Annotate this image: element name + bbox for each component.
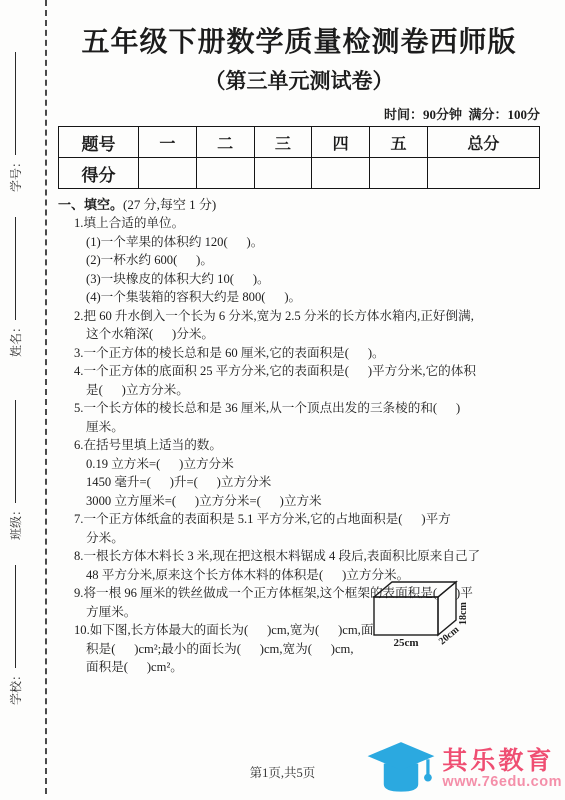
score-table-column-header: 四 (312, 127, 370, 158)
score-row-label: 得分 (59, 158, 139, 189)
sidebar-field-school: 学校： (6, 565, 24, 705)
cuboid-front-face (374, 597, 438, 635)
student-id-blank-line (15, 52, 16, 155)
score-cell (139, 158, 197, 189)
name-label: 姓名： (7, 321, 24, 357)
question-6-line-2: 0.19 立方米=( )立方分米 (86, 455, 540, 474)
score-cell (196, 158, 254, 189)
question-3-line-1: 3.一个正方体的棱长总和是 60 厘米,它的表面积是( )。 (74, 344, 540, 363)
binding-dashed-line (45, 0, 47, 794)
logo-text-block: 其乐教育 www.76edu.com (442, 748, 562, 790)
school-blank-line (15, 565, 16, 668)
cuboid-depth-label: 20cm (437, 624, 462, 647)
section-one-title: 一、填空。 (58, 197, 123, 212)
question-6-line-1: 6.在括号里填上适当的数。 (74, 436, 540, 455)
section-one-points: (27 分,每空 1 分) (123, 197, 216, 212)
question-7: 7.一个正方体纸盒的表面积是 5.1 平方分米,它的占地面积是( )平方分米。 (74, 510, 540, 547)
score-cell (427, 158, 539, 189)
score-table-column-header: 三 (254, 127, 312, 158)
cuboid-drawing: 25cm 20cm 18cm (370, 577, 470, 649)
question-8: 8.一根长方体木料长 3 米,现在把这根木料锯成 4 段后,表面积比原来自己了4… (74, 547, 540, 584)
score-table-corner-label: 题号 (59, 127, 139, 158)
question-5-line-1: 5.一个长方体的棱长总和是 36 厘米,从一个顶点出发的三条棱的和( ) (74, 399, 540, 418)
student-id-label: 学号： (7, 156, 24, 192)
logo-website-url: www.76edu.com (442, 774, 562, 790)
score-table-column-header: 总分 (427, 127, 539, 158)
page-title: 五年级下册数学质量检测卷西师版 (58, 20, 540, 60)
graduation-cap-icon (365, 741, 437, 797)
question-1-line-2: (1)一个苹果的体积约 120( )。 (86, 233, 540, 252)
question-6-line-4: 3000 立方厘米=( )立方分米=( )立方米 (86, 492, 540, 511)
question-9-line-1: 9.将一根 96 厘米的铁丝做成一个正方体框架,这个框架的表面积是( )平 (74, 584, 540, 603)
question-4-line-1: 4.一个正方体的底面积 25 平方分米,它的表面积是( )平方分米,它的体积 (74, 362, 540, 381)
class-blank-line (15, 400, 16, 503)
question-1-line-5: (4)一个集装箱的容积大约是 800( )。 (86, 288, 540, 307)
question-1: 1.填上合适的单位。(1)一个苹果的体积约 120( )。(2)一杯水约 600… (74, 214, 540, 307)
question-7-line-2: 分米。 (86, 529, 540, 548)
class-label: 班级： (7, 504, 24, 540)
sidebar-field-class: 班级： (6, 400, 24, 540)
question-6-line-3: 1450 毫升=( )升=( )立方分米 (86, 473, 540, 492)
section-one-heading: 一、填空。(27 分,每空 1 分) (58, 194, 540, 213)
question-2-line-2: 这个水箱深( )分米。 (86, 325, 540, 344)
question-10: 10.如下图,长方体最大的面长为( )cm,宽为( )cm,面积是( )cm²;… (74, 621, 540, 677)
question-3: 3.一个正方体的棱长总和是 60 厘米,它的表面积是( )。 (74, 344, 540, 363)
score-table-column-header: 二 (196, 127, 254, 158)
question-1-line-4: (3)一块橡皮的体积大约 10( )。 (86, 270, 540, 289)
question-5: 5.一个长方体的棱长总和是 36 厘米,从一个顶点出发的三条棱的和( )厘米。 (74, 399, 540, 436)
question-8-line-1: 8.一根长方体木料长 3 米,现在把这根木料锯成 4 段后,表面积比原来自己了 (74, 547, 540, 566)
question-4-line-2: 是( )立方分米。 (86, 381, 540, 400)
score-table-column-header: 一 (139, 127, 197, 158)
score-table-column-header: 五 (370, 127, 428, 158)
question-5-line-2: 厘米。 (86, 418, 540, 437)
score-cell (370, 158, 428, 189)
cuboid-figure: 25cm 20cm 18cm (370, 577, 470, 654)
question-10-line-3: 面积是( )cm²。 (86, 658, 540, 677)
question-8-line-2: 48 平方分米,原来这个长方体木料的体积是( )立方分米。 (86, 566, 540, 585)
question-9-line-2: 方厘米。 (86, 603, 540, 622)
score-table-header-row: 题号一二三四五总分 (59, 127, 540, 158)
question-4: 4.一个正方体的底面积 25 平方分米,它的表面积是( )平方分米,它的体积是(… (74, 362, 540, 399)
score-table: 题号一二三四五总分得分 (58, 126, 540, 189)
score-cell (312, 158, 370, 189)
name-blank-line (15, 217, 16, 320)
question-2-line-1: 2.把 60 升水倒入一个长为 6 分米,宽为 2.5 分米的长方体水箱内,正好… (74, 307, 540, 326)
question-6: 6.在括号里填上适当的数。0.19 立方米=( )立方分米1450 毫升=( )… (74, 436, 540, 510)
question-2: 2.把 60 升水倒入一个长为 6 分米,宽为 2.5 分米的长方体水箱内,正好… (74, 307, 540, 344)
question-1-line-3: (2)一杯水约 600( )。 (86, 251, 540, 270)
score-cell (254, 158, 312, 189)
page-subtitle: （第三单元测试卷） (58, 65, 540, 95)
cuboid-length-label: 25cm (393, 637, 418, 649)
cuboid-top-face (374, 582, 456, 597)
question-10-line-2: 积是( )cm²;最小的面长为( )cm,宽为( )cm, (86, 640, 540, 659)
question-1-line-1: 1.填上合适的单位。 (74, 214, 540, 233)
score-table-score-row: 得分 (59, 158, 540, 189)
school-label: 学校： (7, 669, 24, 705)
question-10-line-1: 10.如下图,长方体最大的面长为( )cm,宽为( )cm,面 (74, 621, 540, 640)
time-fullscore-info: 时间：90分钟 满分：100分 (58, 104, 540, 123)
sidebar-field-name: 姓名： (6, 217, 24, 357)
sidebar-field-student-id: 学号： (6, 52, 24, 192)
cuboid-height-label: 18cm (458, 602, 469, 625)
exam-paper-page: 学号： 姓名： 班级： 学校： 五年级下册数学质量检测卷西师版 （第三单元测试卷… (0, 0, 565, 800)
publisher-logo: 其乐教育 www.76edu.com (365, 741, 562, 797)
question-9: 9.将一根 96 厘米的铁丝做成一个正方体框架,这个框架的表面积是( )平方厘米… (74, 584, 540, 621)
question-7-line-1: 7.一个正方体纸盒的表面积是 5.1 平方分米,它的占地面积是( )平方 (74, 510, 540, 529)
logo-brand-name: 其乐教育 (442, 748, 562, 774)
